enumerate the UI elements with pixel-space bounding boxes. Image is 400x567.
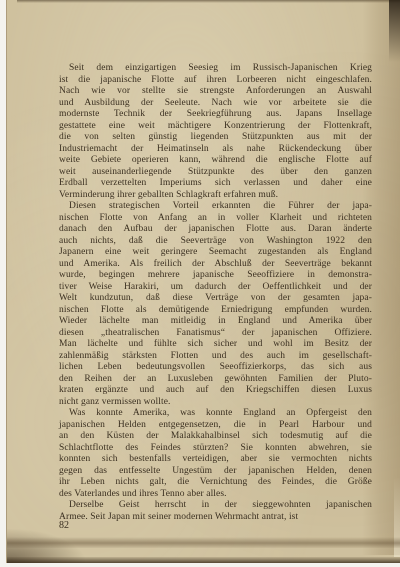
bottom-edge-shadow bbox=[7, 557, 400, 563]
text-line: kraten ergänzte und auch auf den Kriegsc… bbox=[59, 385, 372, 397]
text-line: nischen Flotte von Anfang an in voller K… bbox=[59, 213, 372, 225]
text-line: die von selten günstig liegenden Stützpu… bbox=[59, 132, 372, 144]
text-line: Seit dem einzigartigen Seesieg im Russis… bbox=[59, 63, 372, 75]
text-line: danach den Aufbau der japanischen Flotte… bbox=[59, 224, 372, 236]
text-line: Schlachtflotte des Feindes stürzten? Sie… bbox=[59, 443, 372, 455]
text-line: den Reihen der an Luxusleben gewöhnten F… bbox=[59, 374, 372, 386]
text-line: diesen „theatralischen Fanatismus“ der j… bbox=[59, 328, 372, 340]
paragraph: Diesen strategischen Vorteil erkannten d… bbox=[59, 201, 372, 408]
top-edge-shadow bbox=[17, 0, 400, 3]
text-line: des Vaterlandes und ihres Tenno aber all… bbox=[59, 489, 372, 501]
text-line: und Amerika. Als freilich der Abschluß d… bbox=[59, 259, 372, 271]
paragraph: Was konnte Amerika, was konnte England a… bbox=[59, 408, 372, 500]
text-line: Industriemacht der Heimatinseln als nahe… bbox=[59, 144, 372, 156]
text-line: Nach wie vor stellte sie strengste Anfor… bbox=[59, 86, 372, 98]
top-right-corner-shadow bbox=[389, 0, 400, 62]
text-line: lichen Leben bedeutungsvollen Seeoffizie… bbox=[59, 362, 372, 374]
body-text-block: Seit dem einzigartigen Seesieg im Russis… bbox=[59, 63, 372, 523]
page-number: 82 bbox=[59, 520, 69, 531]
text-line: Japanern eine weit geringere Seemacht zu… bbox=[59, 247, 372, 259]
text-line: modernste Technik der Seekriegführung au… bbox=[59, 109, 372, 121]
text-line: Man lächelte und fühlte sich sicher und … bbox=[59, 339, 372, 351]
text-line: Wieder lächelte man mitleidig in England… bbox=[59, 316, 372, 328]
text-line: Diesen strategischen Vorteil erkannten d… bbox=[59, 201, 372, 213]
text-line: zahlenmäßig stärksten Flotten und des au… bbox=[59, 351, 372, 363]
text-line: gestattete eine weit mächtigere Konzentr… bbox=[59, 121, 372, 133]
text-line: ist die japanische Flotte auf ihren Lorb… bbox=[59, 75, 372, 87]
text-line: an den Küsten der Malakkahalbinsel sich … bbox=[59, 431, 372, 443]
text-line: weit auseinanderliegende Stützpunkte des… bbox=[59, 167, 372, 179]
text-line: tiver Weise Harakiri, um dadurch der Oef… bbox=[59, 282, 372, 294]
text-line: Verminderung ihrer geballten Schlagkraft… bbox=[59, 190, 372, 202]
paragraph: Derselbe Geist herrscht in der sieggewoh… bbox=[59, 500, 372, 523]
text-line: nicht ganz vermissen wollte. bbox=[59, 397, 372, 409]
book-page-scan: Seit dem einzigartigen Seesieg im Russis… bbox=[6, 0, 400, 563]
text-line: Welt kundzutun, daß diese Verträge von d… bbox=[59, 293, 372, 305]
text-line: japanischen Helden entgegensetzen, die i… bbox=[59, 420, 372, 432]
text-line: Erdball verzettelten Imperiums sich verl… bbox=[59, 178, 372, 190]
text-line: und Ausbildung der Seeleute. Nach wie vo… bbox=[59, 98, 372, 110]
text-line: weite Gebiete operieren kann, während di… bbox=[59, 155, 372, 167]
text-line: Derselbe Geist herrscht in der sieggewoh… bbox=[59, 500, 372, 512]
paragraph: Seit dem einzigartigen Seesieg im Russis… bbox=[59, 63, 372, 201]
text-line: konnten sich bestenfalls verteidigen, ab… bbox=[59, 454, 372, 466]
text-line: Was konnte Amerika, was konnte England a… bbox=[59, 408, 372, 420]
text-line: nischen Flotte als demütigende Erniedrig… bbox=[59, 305, 372, 317]
text-line: gegen das entfesselte Ungestüm der japan… bbox=[59, 466, 372, 478]
text-line: Armee. Seit Japan mit seiner modernen We… bbox=[59, 512, 372, 524]
text-line: wurde, begingen mehrere japanische Seeof… bbox=[59, 270, 372, 282]
text-line: auch nichts, daß die Seeverträge von Was… bbox=[59, 236, 372, 248]
text-line: ihr Leben nichts galt, die Vernichtung d… bbox=[59, 477, 372, 489]
